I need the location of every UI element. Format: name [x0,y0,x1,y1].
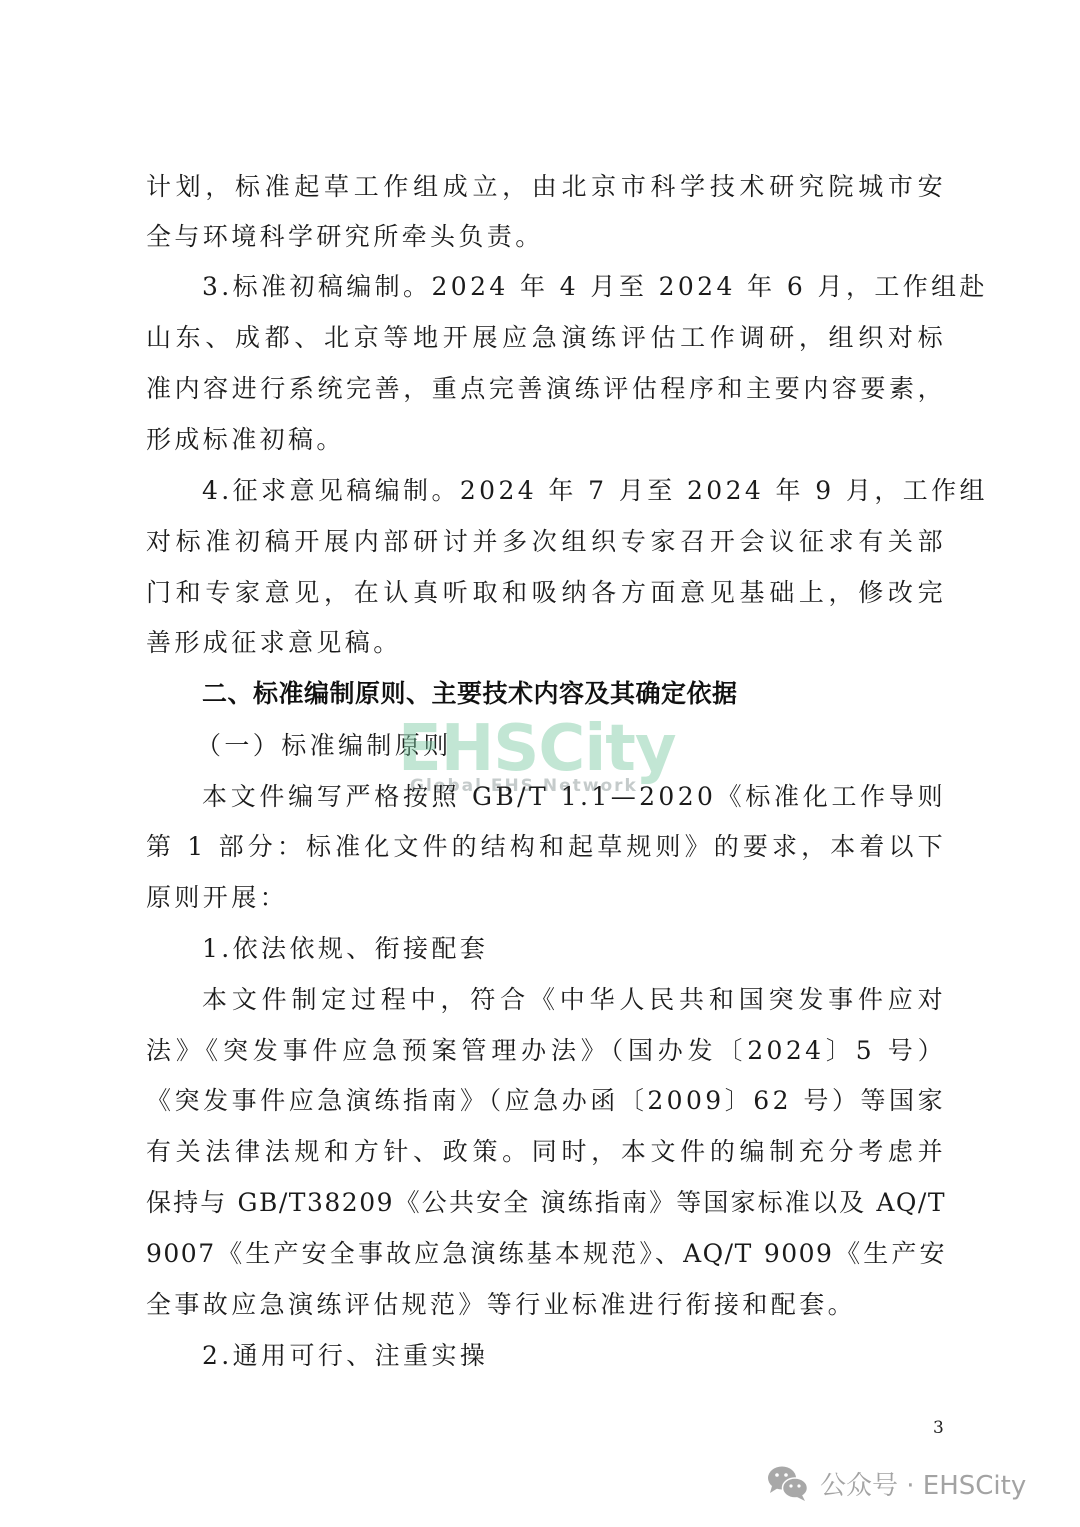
body-line: 全事故应急演练评估规范》等行业标准进行衔接和配套。 [146,1288,946,1322]
body-line: 对标准初稿开展内部研讨并多次组织专家召开会议征求有关部 [146,525,946,559]
footer-brand: 公众号 · EHSCity [766,1464,1026,1502]
body-line: 本文件编写严格按照 GB/T 1.1—2020《标准化工作导则 [202,780,946,814]
body-line: 准内容进行系统完善，重点完善演练评估程序和主要内容要素， [146,372,946,406]
subsection-heading: （一）标准编制原则 [196,729,996,763]
document-page: 计划，标准起草工作组成立，由北京市科学技术研究院城市安 全与环境科学研究所牵头负… [0,0,1080,1527]
body-line: 9007《生产安全事故应急演练基本规范》、AQ/T 9009《生产安 [146,1237,946,1271]
body-line: 计划，标准起草工作组成立，由北京市科学技术研究院城市安 [146,170,946,204]
body-line: 有关法律法规和方针、政策。同时，本文件的编制充分考虑并 [146,1135,946,1169]
body-line: 第 1 部分：标准化文件的结构和起草规则》的要求，本着以下 [146,830,946,864]
page-number: 3 [933,1418,944,1438]
body-line: 善形成征求意见稿。 [146,626,946,660]
footer-label: 公众号 · EHSCity [820,1465,1026,1502]
body-line: 全与环境科学研究所牵头负责。 [146,220,946,254]
body-line: 保持与 GB/T38209《公共安全 演练指南》等国家标准以及 AQ/T [146,1186,946,1220]
list-heading: 1.依法依规、衔接配套 [202,932,946,966]
body-line: 法》《突发事件应急预案管理办法》（国办发〔2024〕5 号） [146,1034,946,1068]
body-line: 3.标准初稿编制。2024 年 4 月至 2024 年 6 月，工作组赴 [202,270,946,304]
section-heading: 二、标准编制原则、主要技术内容及其确定依据 [202,677,946,711]
body-line: 4.征求意见稿编制。2024 年 7 月至 2024 年 9 月，工作组 [202,474,946,508]
body-line: 形成标准初稿。 [146,423,946,457]
body-line: 门和专家意见，在认真听取和吸纳各方面意见基础上，修改完 [146,576,946,610]
body-line: 原则开展： [146,881,946,915]
list-heading: 2.通用可行、注重实操 [202,1339,946,1373]
body-line: 山东、成都、北京等地开展应急演练评估工作调研，组织对标 [146,321,946,355]
wechat-icon [766,1464,810,1502]
body-line: 《突发事件应急演练指南》（应急办函〔2009〕62 号）等国家 [146,1084,946,1118]
body-line: 本文件制定过程中，符合《中华人民共和国突发事件应对 [202,983,946,1017]
